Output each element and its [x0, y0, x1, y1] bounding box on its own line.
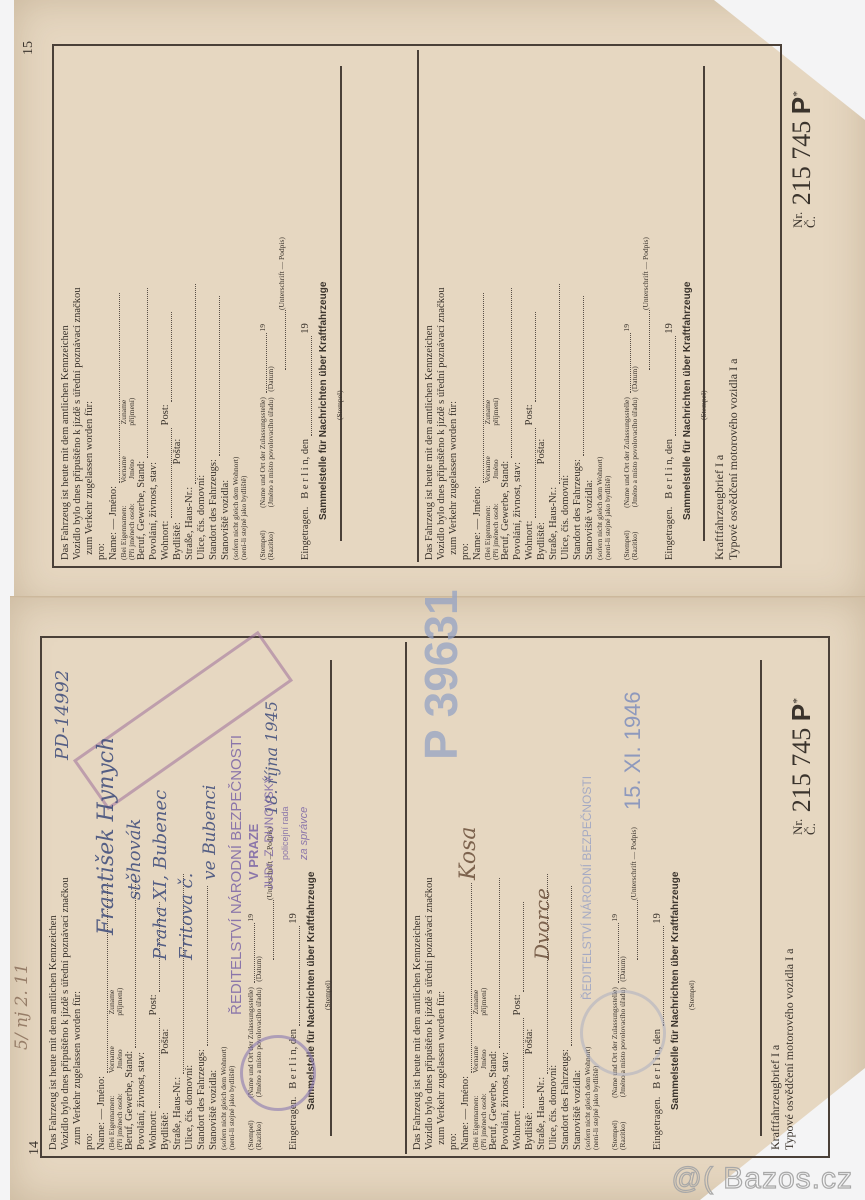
- street-label-de: Straße, Haus-Nr.:: [172, 1077, 183, 1150]
- entry-page15-a: Das Fahrzeug ist heute mit dem amtlichen…: [60, 237, 344, 560]
- occupation-field[interactable]: [489, 878, 500, 1048]
- residence-label-de: Wohnort:: [524, 521, 535, 560]
- handwritten-name: František Hynych: [94, 737, 119, 935]
- location-field[interactable]: [573, 296, 584, 456]
- stamp-official: JUDr. Z. DUNOVSKÝ: [262, 775, 276, 890]
- street-label-de: Straße, Haus-Nr.:: [548, 487, 559, 560]
- footer-title-de: Kraftfahrzeugbrief I a: [712, 359, 726, 560]
- occupation-label-de: Beruf, Gewerbe, Stand:: [488, 1051, 499, 1150]
- occupation-label-de: Beruf, Gewerbe, Stand:: [500, 461, 511, 560]
- handwritten-registration: PD-14992: [52, 670, 73, 760]
- street-label-cs: Ulice, čís. domovní:: [548, 827, 560, 1150]
- intro-line-1: Das Fahrzeug ist heute mit dem amtlichen…: [48, 827, 60, 1150]
- location-label-de: Standort des Fahrzeugs:: [572, 459, 583, 560]
- location-label-de: Standort des Fahrzeugs:: [196, 1049, 207, 1150]
- stamp-for: za správce: [298, 807, 310, 860]
- location-field[interactable]: [209, 296, 220, 456]
- collection-office-label: Sammelstelle für Nachrichten über Kraftf…: [682, 237, 694, 560]
- name-note-cs: (Při jménech osob:: [491, 503, 500, 560]
- handwritten-name: Kosa: [456, 827, 481, 881]
- section-divider: [760, 660, 762, 1136]
- street-label-cs: Ulice, čís. domovní:: [196, 237, 208, 560]
- signature-field[interactable]: [263, 900, 274, 960]
- collection-office-label: Sammelstelle für Nachrichten über Kraftf…: [670, 827, 682, 1150]
- registered-date-field[interactable]: [301, 336, 312, 436]
- year-prefix: 19: [652, 913, 663, 924]
- date-label: (Datum): [254, 956, 263, 981]
- occupation-label-cs: Povolání, živnost, stav:: [512, 237, 524, 560]
- asterisk: *: [789, 698, 803, 704]
- location-field[interactable]: [197, 886, 208, 1046]
- residence-label-cs: Bydliště:: [172, 522, 183, 560]
- occupation-field[interactable]: [501, 288, 512, 458]
- registration-stamp: P 39631: [414, 589, 468, 760]
- entry-divider: [405, 642, 407, 1154]
- berlin-label: B e r l i n, den: [664, 439, 675, 499]
- jmeno-label: Jméno: [115, 1049, 124, 1069]
- entry-page14-b: Das Fahrzeug ist heute mit dem amtlichen…: [412, 827, 696, 1150]
- year-prefix: 19: [300, 323, 311, 334]
- year-prefix: 19: [258, 324, 267, 332]
- year-prefix: 19: [664, 323, 675, 334]
- occupation-label-de: Beruf, Gewerbe, Stand:: [136, 461, 147, 560]
- date-label: (Datum): [266, 366, 275, 391]
- footer-page-15: Kraftfahrzeugbrief I a Typové osvědčení …: [712, 359, 740, 560]
- stamp-rank: policejní rada: [280, 806, 290, 860]
- entry-divider: [417, 50, 419, 562]
- footer-page-14: Kraftfahrzeugbrief I a Typové osvědčení …: [768, 949, 796, 1150]
- intro-line-4: pro:: [96, 237, 108, 560]
- serial-value: 215 745: [787, 121, 816, 206]
- entry-page15-b: Das Fahrzeug ist heute mit dem amtlichen…: [424, 237, 708, 560]
- street-label-de: Straße, Haus-Nr.:: [184, 487, 195, 560]
- handwritten-occupation: stěhovák: [124, 819, 145, 900]
- bazos-watermark: @( Bazos.cz: [672, 1162, 854, 1196]
- date-stamp: 15. XI. 1946: [620, 691, 646, 810]
- intro-line-3: zum Verkehr zugelassen worden für:: [448, 401, 459, 555]
- registered-date-field[interactable]: [665, 336, 676, 436]
- serial-suffix: P: [786, 704, 816, 721]
- residence-field[interactable]: [525, 428, 536, 518]
- intro-line-4: pro:: [460, 237, 472, 560]
- handwritten-residence: Dvorce: [530, 888, 554, 960]
- name-label: Name: — Jméno:: [96, 1076, 107, 1150]
- occupation-label-cs: Povolání, živnost, stav:: [500, 827, 512, 1150]
- stamp-city: V PRAZE: [246, 824, 261, 880]
- year-prefix: 19: [288, 913, 299, 924]
- intro-line-1: Das Fahrzeug ist heute mit dem amtlichen…: [412, 827, 424, 1150]
- residence-field[interactable]: [161, 428, 172, 518]
- signature-label: (Unterschrift — Podpis): [629, 827, 638, 900]
- serial-number-page-15: Nr.Č. 215 745 P*: [786, 91, 817, 228]
- posta-label: Pošta:: [172, 439, 183, 465]
- posta-label: Pošta:: [524, 1029, 535, 1055]
- location-label-de: Standort des Fahrzeugs:: [560, 1049, 571, 1150]
- footer-title-de: Kraftfahrzeugbrief I a: [768, 949, 782, 1150]
- post-label: Post:: [148, 994, 159, 1015]
- page-number-15: 15: [21, 41, 37, 55]
- post-label: Post:: [160, 404, 171, 425]
- berlin-label: B e r l i n, den: [300, 439, 311, 499]
- residence-field[interactable]: [149, 1018, 160, 1108]
- stamp-label: (Stempel): [682, 827, 696, 1150]
- authority-label-cs: (Jméno a místo povolovacího úřadu): [266, 397, 275, 507]
- location-label-de: Standort des Fahrzeugs:: [208, 459, 219, 560]
- intro-line-3: zum Verkehr zugelassen worden für:: [72, 991, 83, 1145]
- intro-line-1: Das Fahrzeug ist heute mit dem amtlichen…: [60, 237, 72, 560]
- post-field[interactable]: [525, 312, 536, 402]
- registered-label: Eingetragen.: [664, 507, 675, 560]
- signature-field[interactable]: [275, 310, 286, 370]
- residence-field[interactable]: [513, 1018, 524, 1108]
- stamp-label-cs: (Razítko): [254, 1122, 263, 1150]
- jmeno-label: Jméno: [127, 459, 136, 479]
- registered-label: Eingetragen.: [652, 1097, 663, 1150]
- collection-office-label: Sammelstelle für Nachrichten über Kraftf…: [306, 827, 318, 1150]
- name-label: Name: — Jméno:: [460, 1076, 471, 1150]
- year-prefix: 19: [610, 914, 619, 922]
- occupation-label-cs: Povolání, živnost, stav:: [148, 237, 160, 560]
- posta-label: Pošta:: [160, 1029, 171, 1055]
- location-note-cs: (není-li stejné jako bydliště): [604, 237, 612, 560]
- residence-label-cs: Bydliště:: [524, 1112, 535, 1150]
- round-police-stamp: [240, 1035, 316, 1111]
- name-label: Name: — Jméno:: [472, 486, 483, 560]
- name-note-cs: (Při jménech osob:: [115, 1093, 124, 1150]
- intro-line-2: Vozidlo bylo dnes připuštěno k jízdě s ú…: [424, 827, 436, 1150]
- name-note-cs: (Při jménech osob:: [479, 1093, 488, 1150]
- prijmeni-label: příjmení): [491, 398, 500, 426]
- date-label: (Datum): [630, 366, 639, 391]
- signature-field[interactable]: [627, 900, 638, 960]
- jmeno-label: Jméno: [479, 1049, 488, 1069]
- stamp-label-cs: (Razítko): [630, 532, 639, 560]
- serial-value: 215 745: [787, 728, 816, 813]
- signature-label: (Unterschrift — Podpis): [641, 237, 650, 310]
- residence-label-de: Wohnort:: [148, 1111, 159, 1150]
- street-field[interactable]: [549, 284, 560, 484]
- stamp-label: (Stempel): [330, 237, 344, 560]
- year-prefix: 19: [246, 914, 255, 922]
- year-prefix: 19: [622, 324, 631, 332]
- stamp-label: (Stempel): [694, 237, 708, 560]
- stamp-authority: ŘEDITELSTVÍ NÁRODNÍ BEZPEČNOSTI: [228, 735, 245, 1015]
- residence-label-cs: Bydliště:: [160, 1112, 171, 1150]
- intro-line-2: Vozidlo bylo dnes připuštěno k jízdě s ú…: [436, 237, 448, 560]
- name-label: Name: — Jméno:: [108, 486, 119, 560]
- stamp-authority: ŘEDITELSTVÍ NÁRODNÍ BEZPEČNOSTI: [580, 776, 594, 1000]
- prijmeni-label: příjmení): [115, 988, 124, 1016]
- intro-line-3: zum Verkehr zugelassen worden für:: [84, 401, 95, 555]
- serial-number-page-14: Nr.Č. 215 745 P*: [786, 698, 817, 835]
- residence-label-de: Wohnort:: [512, 1111, 523, 1150]
- footer-title-cs: Typové osvědčení motorového vozidla I a: [726, 359, 740, 560]
- margin-note: 5/ nj 2. 11: [12, 963, 32, 1050]
- name-note-cs: (Při jménech osob:: [127, 503, 136, 560]
- registered-date-field[interactable]: [289, 926, 300, 1026]
- street-field[interactable]: [185, 284, 196, 484]
- signature-label: (Unterschrift — Podpis): [277, 237, 286, 310]
- asterisk: *: [789, 91, 803, 97]
- c-label: Č.: [803, 216, 818, 228]
- prijmeni-label: příjmení): [127, 398, 136, 426]
- registered-label: Eingetragen.: [300, 507, 311, 560]
- authority-label-cs: (Jméno a místo povolovacího úřadu): [630, 397, 639, 507]
- round-police-stamp-2: [580, 990, 666, 1076]
- post-field[interactable]: [161, 312, 172, 402]
- jmeno-label: Jméno: [491, 459, 500, 479]
- post-field[interactable]: [513, 902, 524, 992]
- serial-suffix: P: [786, 97, 816, 114]
- date-label: (Datum): [618, 956, 627, 981]
- handwritten-residence: Praha XI, Bubenec: [150, 790, 171, 960]
- occupation-field[interactable]: [137, 288, 148, 458]
- c-label: Č.: [803, 823, 818, 835]
- location-note-cs: (není-li stejné jako bydliště): [240, 237, 248, 560]
- intro-line-2: Vozidlo bylo dnes připuštěno k jízdě s ú…: [72, 237, 84, 560]
- street-label-de: Straße, Haus-Nr.:: [536, 1077, 547, 1150]
- post-label: Post:: [524, 404, 535, 425]
- intro-line-2: Vozidlo bylo dnes připuštěno k jízdě s ú…: [60, 827, 72, 1150]
- street-label-cs: Ulice, čís. domovní:: [560, 237, 572, 560]
- residence-label-cs: Bydliště:: [536, 522, 547, 560]
- handwritten-location: ve Bubenci: [200, 785, 220, 880]
- residence-label-de: Wohnort:: [160, 521, 171, 560]
- occupation-field[interactable]: [125, 878, 136, 1048]
- stamp-label-cs: (Razítko): [618, 1122, 627, 1150]
- prijmeni-label: příjmení): [479, 988, 488, 1016]
- stamp-label-cs: (Razítko): [266, 532, 275, 560]
- location-field[interactable]: [561, 886, 572, 1046]
- footer-title-cs: Typové osvědčení motorového vozidla I a: [782, 949, 796, 1150]
- intro-line-1: Das Fahrzeug ist heute mit dem amtlichen…: [424, 237, 436, 560]
- stamp-label: (Stempel): [318, 827, 332, 1150]
- signature-field[interactable]: [639, 310, 650, 370]
- handwritten-street: Fritova č.: [176, 873, 197, 960]
- intro-line-3: zum Verkehr zugelassen worden für:: [436, 991, 447, 1145]
- post-label: Post:: [512, 994, 523, 1015]
- occupation-label-de: Beruf, Gewerbe, Stand:: [124, 1051, 135, 1150]
- collection-office-label: Sammelstelle für Nachrichten über Kraftf…: [318, 237, 330, 560]
- posta-label: Pošta:: [536, 439, 547, 465]
